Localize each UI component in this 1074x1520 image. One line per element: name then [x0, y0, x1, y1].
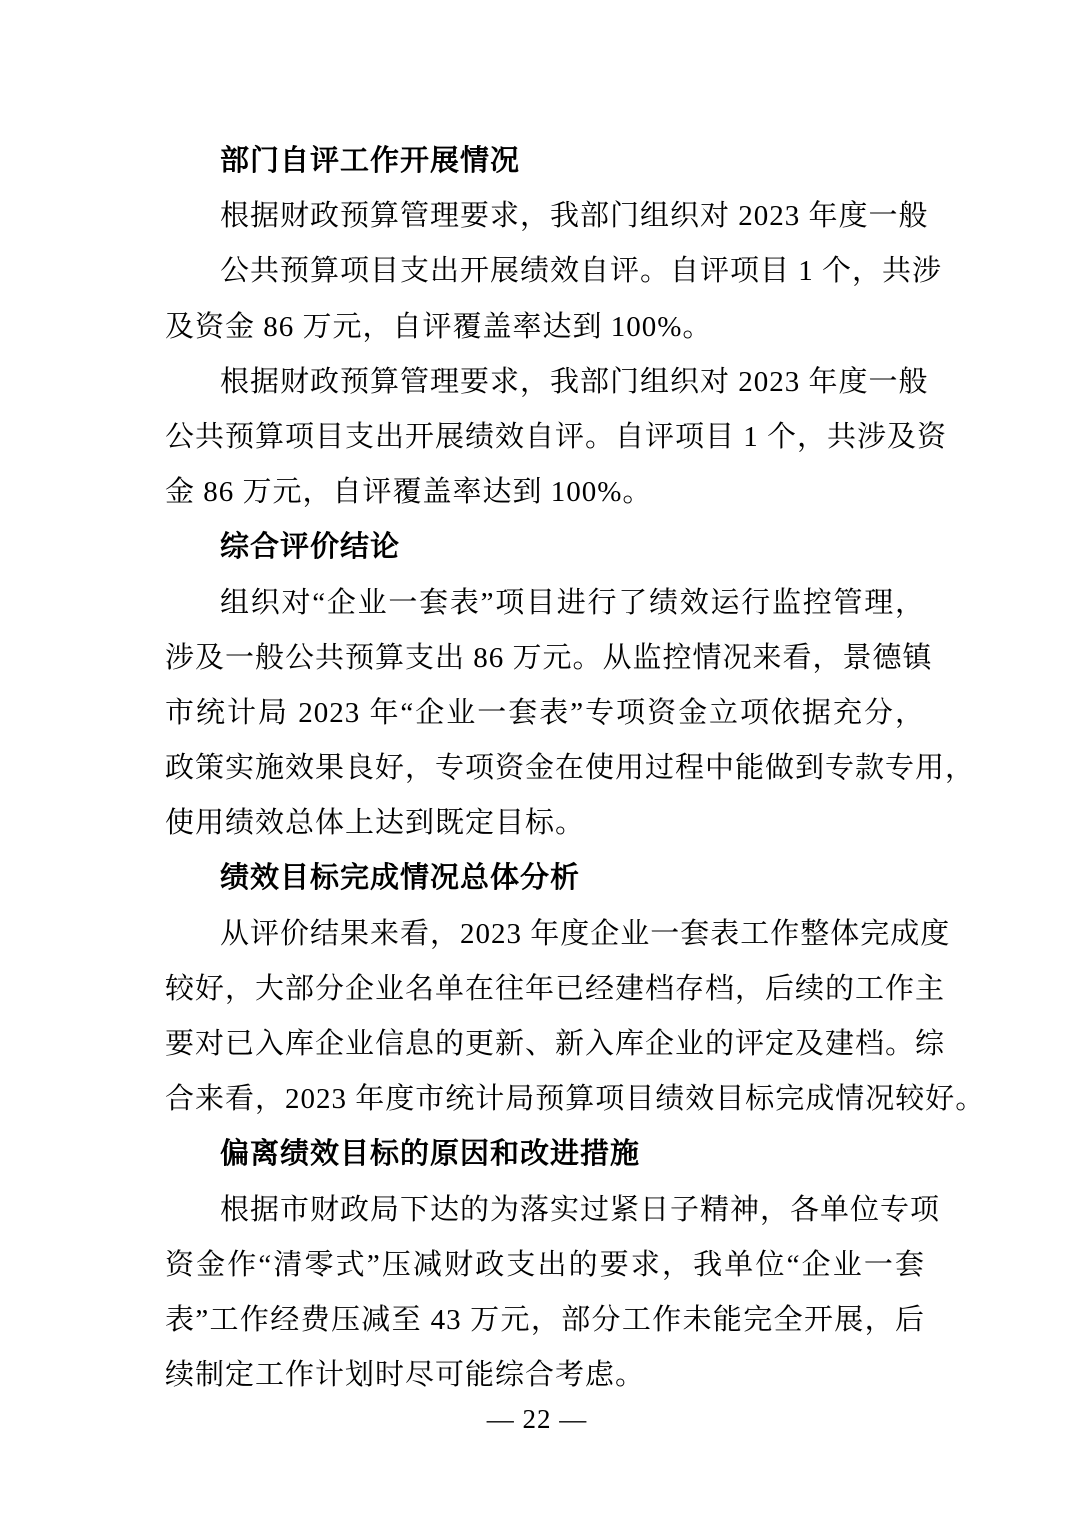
- body-line: 政策实施效果良好，专项资金在使用过程中能做到专款专用，: [165, 741, 925, 796]
- document-body: 部门自评工作开展情况 根据财政预算管理要求，我部门组织对 2023 年度一般 公…: [165, 134, 925, 1403]
- heading-dept-self-eval-overview: 部门自评工作开展情况: [165, 134, 925, 189]
- body-line: 资金作“清零式”压减财政支出的要求，我单位“企业一套: [165, 1238, 925, 1293]
- document-page: 部门自评工作开展情况 根据财政预算管理要求，我部门组织对 2023 年度一般 公…: [0, 0, 1074, 1520]
- body-line: 公共预算项目支出开展绩效自评。自评项目 1 个，共涉及资: [165, 410, 925, 465]
- body-line: 组织对“企业一套表”项目进行了绩效运行监控管理，: [165, 576, 925, 631]
- body-line: 要对已入库企业信息的更新、新入库企业的评定及建档。综: [165, 1017, 925, 1072]
- body-line: 从评价结果来看，2023 年度企业一套表工作整体完成度: [165, 907, 925, 962]
- body-line: 根据财政预算管理要求，我部门组织对 2023 年度一般: [165, 189, 925, 244]
- body-line: 根据市财政局下达的为落实过紧日子精神，各单位专项: [165, 1183, 925, 1238]
- body-line: 公共预算项目支出开展绩效自评。自评项目 1 个，共涉: [165, 244, 925, 299]
- body-line: 续制定工作计划时尽可能综合考虑。: [165, 1348, 925, 1403]
- body-line: 较好，大部分企业名单在往年已经建档存档，后续的工作主: [165, 962, 925, 1017]
- body-line: 使用绩效总体上达到既定目标。: [165, 796, 925, 851]
- heading-performance-target-completion-analysis: 绩效目标完成情况总体分析: [165, 851, 925, 906]
- body-line: 金 86 万元，自评覆盖率达到 100%。: [165, 465, 925, 520]
- body-line: 根据财政预算管理要求，我部门组织对 2023 年度一般: [165, 355, 925, 410]
- body-line: 表”工作经费压减至 43 万元，部分工作未能完全开展，后: [165, 1293, 925, 1348]
- body-line: 市统计局 2023 年“企业一套表”专项资金立项依据充分，: [165, 686, 925, 741]
- heading-comprehensive-evaluation-conclusion: 综合评价结论: [165, 520, 925, 575]
- heading-deviation-reasons-improvement-measures: 偏离绩效目标的原因和改进措施: [165, 1127, 925, 1182]
- body-line: 合来看，2023 年度市统计局预算项目绩效目标完成情况较好。: [165, 1072, 925, 1127]
- page-number: — 22 —: [0, 1402, 1074, 1436]
- body-line: 及资金 86 万元，自评覆盖率达到 100%。: [165, 300, 925, 355]
- body-line: 涉及一般公共预算支出 86 万元。从监控情况来看，景德镇: [165, 631, 925, 686]
